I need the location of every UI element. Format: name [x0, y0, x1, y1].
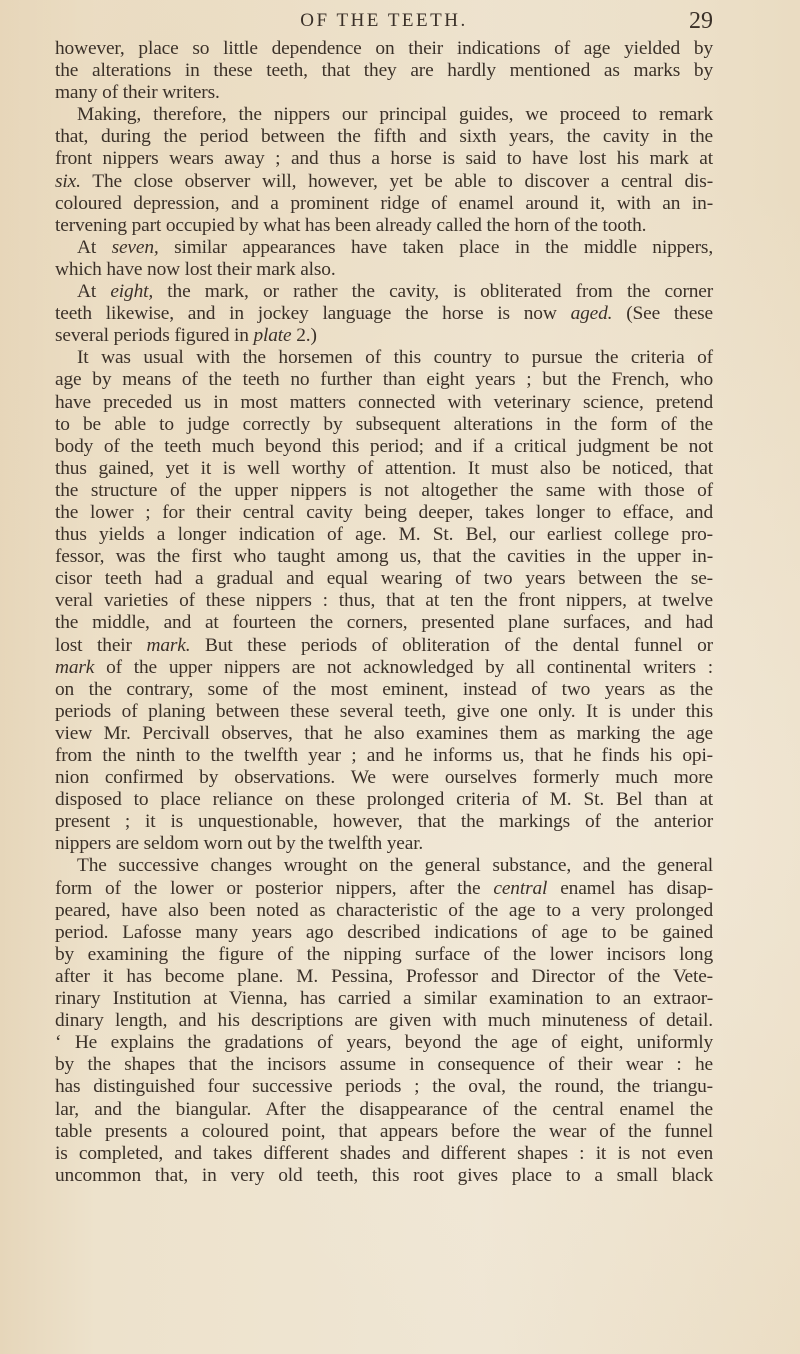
text-line: Making, therefore, the nippers our princ…: [55, 104, 713, 126]
text-line: form of the lower or posterior nippers, …: [55, 878, 713, 900]
text-line: which have now lost their mark also.: [55, 259, 713, 281]
italic-word: aged.: [571, 303, 613, 324]
text-line: nippers are seldom worn out by the twelf…: [55, 833, 713, 855]
text-line: fessor, was the first who taught among u…: [55, 546, 713, 568]
text-line: by the shapes that the incisors assume i…: [55, 1054, 713, 1076]
italic-word: six.: [55, 171, 81, 192]
text-line: disposed to place reliance on these prol…: [55, 789, 713, 811]
text-line: cisor teeth had a gradual and equal wear…: [55, 568, 713, 590]
text-line: ‘ He explains the gradations of years, b…: [55, 1032, 713, 1054]
text-line: present ; it is unquestionable, however,…: [55, 811, 713, 833]
text-line: many of their writers.: [55, 82, 713, 104]
italic-word: plate: [253, 325, 291, 346]
text-line: At seven, similar appearances have taken…: [55, 237, 713, 259]
book-page: OF THE TEETH. 29 however, place so littl…: [0, 0, 800, 1354]
body-text: however, place so little dependence on t…: [55, 38, 713, 1187]
text-line: view Mr. Percivall observes, that he als…: [55, 723, 713, 745]
text-line: however, place so little dependence on t…: [55, 38, 713, 60]
text-line: uncommon that, in very old teeth, this r…: [55, 1165, 713, 1187]
text-line: At eight, the mark, or rather the cavity…: [55, 281, 713, 303]
text-line: that, during the period between the fift…: [55, 126, 713, 148]
text-line: thus gained, yet it is well worthy of at…: [55, 458, 713, 480]
text-line: thus yields a longer indication of age. …: [55, 524, 713, 546]
text-line: from the ninth to the twelfth year ; and…: [55, 745, 713, 767]
text-line: peared, have also been noted as characte…: [55, 900, 713, 922]
text-line: It was usual with the horsemen of this c…: [55, 347, 713, 369]
text-line: age by means of the teeth no further tha…: [55, 369, 713, 391]
text-line: body of the teeth much beyond this perio…: [55, 436, 713, 458]
text-line: several periods figured in plate 2.): [55, 325, 713, 347]
text-line: teeth likewise, and in jockey language t…: [55, 303, 713, 325]
text-line: the alterations in these teeth, that the…: [55, 60, 713, 82]
page-number: 29: [689, 8, 713, 35]
text-line: the middle, and at fourteen the corners,…: [55, 612, 713, 634]
italic-word: mark.: [146, 635, 190, 656]
text-line: nion confirmed by observations. We were …: [55, 767, 713, 789]
text-line: on the contrary, some of the most eminen…: [55, 679, 713, 701]
text-line: lost their mark. But these periods of ob…: [55, 635, 713, 657]
running-head: OF THE TEETH. 29: [55, 8, 713, 38]
text-line: period. Lafosse many years ago described…: [55, 922, 713, 944]
text-line: by examining the figure of the nipping s…: [55, 944, 713, 966]
text-line: table presents a coloured point, that ap…: [55, 1121, 713, 1143]
running-title: OF THE TEETH.: [55, 10, 713, 32]
text-line: front nippers wears away ; and thus a ho…: [55, 148, 713, 170]
text-line: coloured depression, and a prominent rid…: [55, 193, 713, 215]
text-line: periods of planing between these several…: [55, 701, 713, 723]
text-line: after it has become plane. M. Pessina, P…: [55, 966, 713, 988]
text-line: the structure of the upper nippers is no…: [55, 480, 713, 502]
italic-word: seven,: [112, 237, 159, 258]
text-line: rinary Institution at Vienna, has carrie…: [55, 988, 713, 1010]
text-line: tervening part occupied by what has been…: [55, 215, 713, 237]
text-line: have preceded us in most matters connect…: [55, 392, 713, 414]
text-line: The successive changes wrought on the ge…: [55, 855, 713, 877]
text-line: lar, and the biangular. After the disapp…: [55, 1099, 713, 1121]
text-line: dinary length, and his descriptions are …: [55, 1010, 713, 1032]
italic-word: central: [493, 878, 547, 899]
italic-word: eight,: [110, 281, 153, 302]
text-line: veral varieties of these nippers : thus,…: [55, 590, 713, 612]
text-line: is completed, and takes different shades…: [55, 1143, 713, 1165]
text-line: mark of the upper nippers are not acknow…: [55, 657, 713, 679]
text-line: to be able to judge correctly by subsequ…: [55, 414, 713, 436]
text-line: six. The close observer will, however, y…: [55, 171, 713, 193]
text-line: has distinguished four successive period…: [55, 1076, 713, 1098]
text-line: the lower ; for their central cavity bei…: [55, 502, 713, 524]
italic-word: mark: [55, 657, 94, 678]
